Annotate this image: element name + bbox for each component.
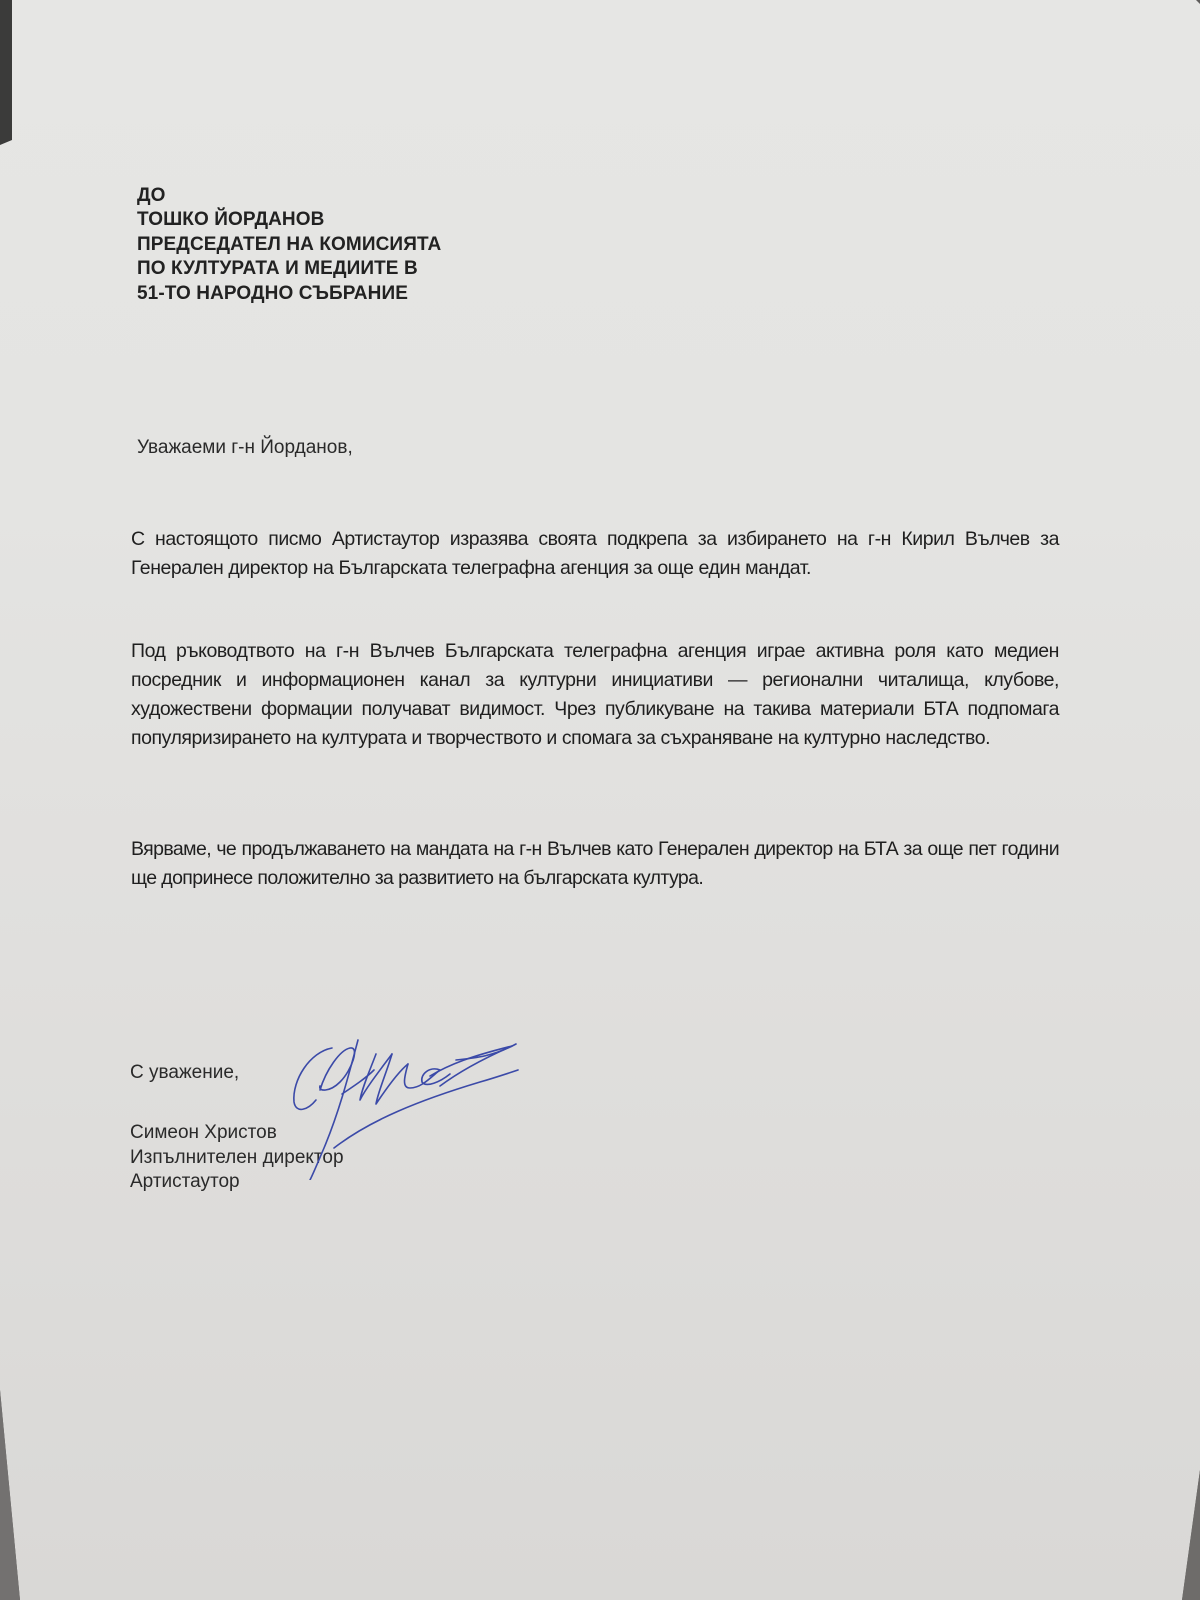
recipient-line: ПРЕДСЕДАТЕЛ НА КОМИСИЯТА bbox=[137, 233, 441, 257]
body-paragraph: Под ръководтвото на г-н Вълчев Българска… bbox=[131, 637, 1059, 753]
salutation: Уважаеми г-н Йорданов, bbox=[137, 437, 353, 459]
letter-page: ДО ТОШКО ЙОРДАНОВ ПРЕДСЕДАТЕЛ НА КОМИСИЯ… bbox=[0, 0, 1200, 1600]
body-paragraph: Вярваме, че продължаването на мандата на… bbox=[131, 835, 1059, 893]
recipient-line: ПО КУЛТУРАТА И МЕДИИТЕ В bbox=[137, 257, 441, 281]
recipient-line: ДО bbox=[137, 184, 441, 208]
background-edge bbox=[0, 0, 12, 145]
closing: С уважение, bbox=[130, 1062, 239, 1084]
recipient-block: ДО ТОШКО ЙОРДАНОВ ПРЕДСЕДАТЕЛ НА КОМИСИЯ… bbox=[137, 184, 441, 306]
signature-icon bbox=[280, 1030, 540, 1180]
body-paragraph: С настоящото писмо Артистаутор изразява … bbox=[131, 525, 1059, 583]
recipient-line: 51-ТО НАРОДНО СЪБРАНИЕ bbox=[137, 282, 441, 306]
recipient-line: ТОШКО ЙОРДАНОВ bbox=[137, 208, 441, 232]
